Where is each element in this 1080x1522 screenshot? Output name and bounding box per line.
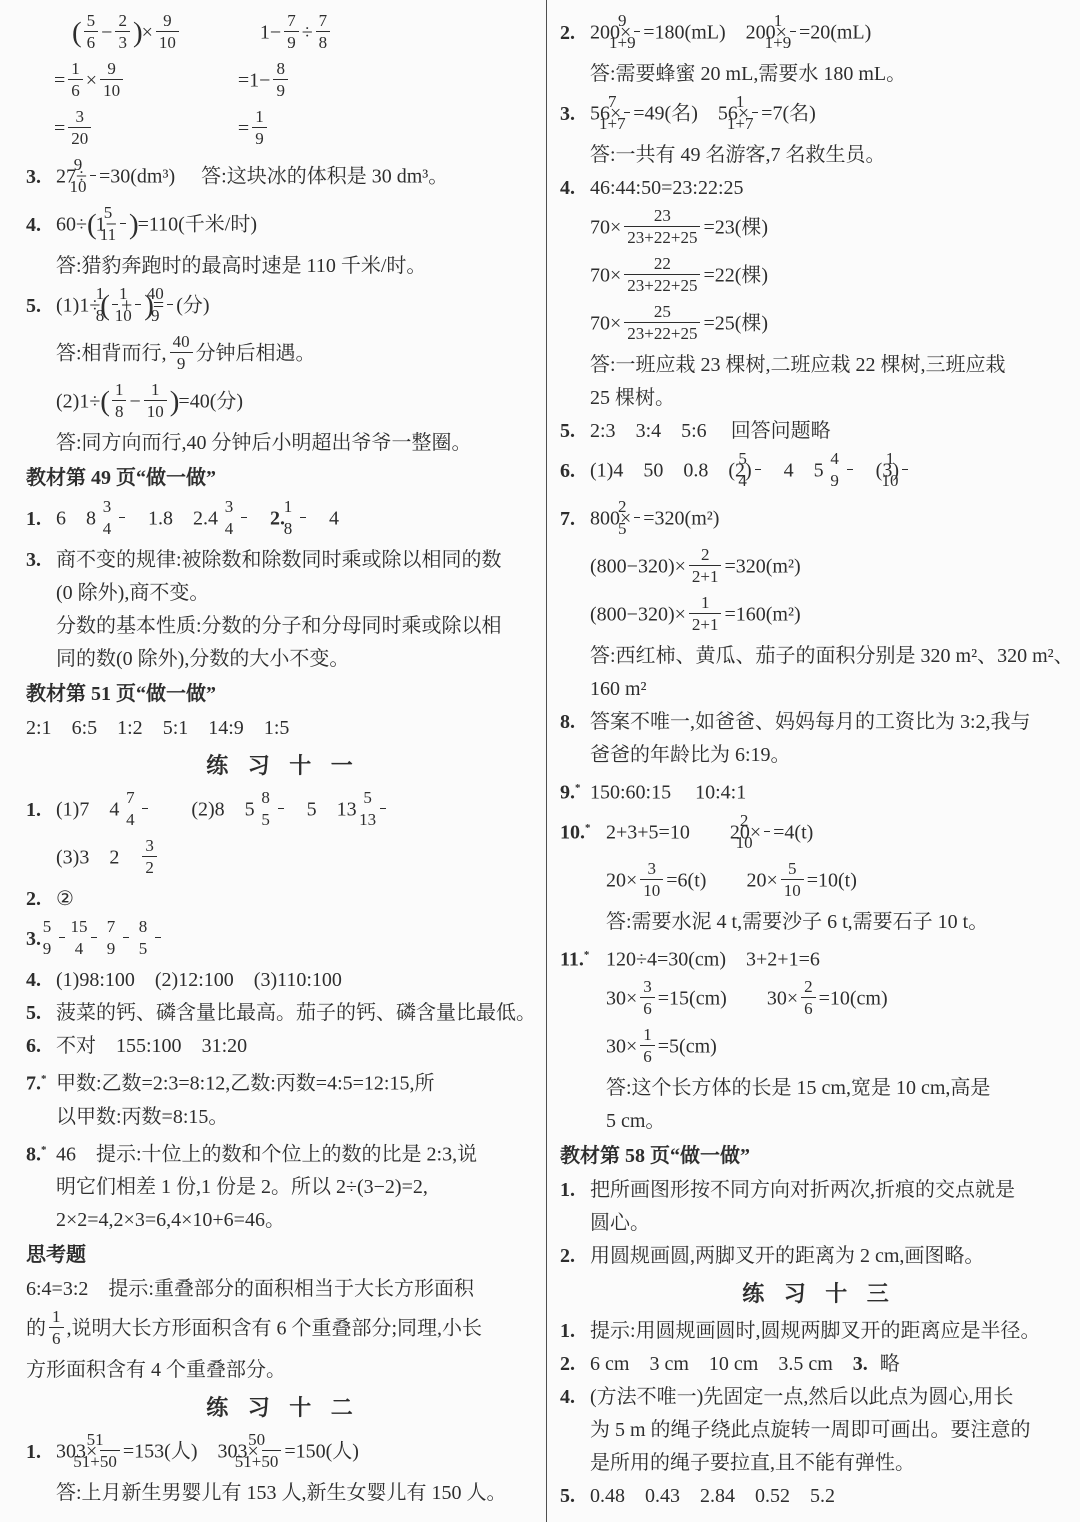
text-run: ÷: [302, 22, 313, 44]
text-run: 5:1: [163, 717, 189, 739]
fraction-numerator: 1: [752, 92, 758, 112]
text-run: 为 5 m 的绳子绕此点旋转一周即可画出。要注意的: [590, 1419, 1031, 1441]
fraction-denominator: 9: [252, 127, 267, 149]
content-line: 方形面积含有 4 个重叠部分。: [26, 1354, 540, 1387]
fraction-denominator: 9: [170, 352, 193, 374]
fraction: 2323+22+25: [624, 206, 700, 248]
fraction-numerator: 8: [155, 917, 161, 937]
text-run: 70×: [590, 265, 621, 287]
text-run: 70×: [590, 313, 621, 335]
fraction-numerator: 2: [689, 545, 722, 565]
text-run: 150:60:15: [590, 782, 671, 804]
text-run: =110(千米/时): [138, 214, 257, 236]
fraction-denominator: 10: [902, 469, 908, 491]
text-run: 答:上月新生男婴儿有 153 人,新生女婴儿有 150 人。: [56, 1482, 507, 1504]
fraction-numerator: 50: [262, 1430, 282, 1450]
item-number: 1.: [26, 1436, 56, 1469]
answer-item: 2.②: [26, 883, 540, 916]
text-run: 0.43: [645, 1485, 680, 1507]
answer-item: 2.用圆规画圆,两脚叉开的距离为 2 cm,画图略。: [560, 1240, 1078, 1273]
text-run: 是所用的绳子要拉直,且不能有弹性。: [590, 1452, 915, 1474]
text-run: (1)7: [56, 799, 89, 821]
text-run: =15(cm): [658, 988, 727, 1010]
content-line: =16×910: [54, 58, 182, 106]
content-line: 8.*46提示:十位上的数和个位上的数的比是 2:3,说: [56, 1134, 540, 1172]
content-line: 以甲数:丙数=8:15。: [56, 1101, 540, 1134]
text-run: 2.84: [700, 1485, 735, 1507]
text-run: 不对: [56, 1035, 96, 1057]
text-run: 用圆规画圆,两脚叉开的距离为 2 cm,画图略。: [590, 1245, 984, 1267]
fraction: 513: [380, 788, 386, 830]
item-number: 4.: [560, 172, 590, 205]
text-run: 爸爸的年龄比为 6:19。: [590, 744, 791, 766]
answer-item: 7.800×25=320(m²)(800−320)×22+1=320(m²)(8…: [560, 496, 1078, 706]
fraction: 210: [764, 811, 770, 853]
fraction-denominator: 9: [59, 937, 65, 959]
text-run: 圆心。: [590, 1212, 650, 1234]
text-run: 13: [337, 799, 357, 821]
fraction-denominator: 23+22+25: [624, 274, 700, 296]
content-line: 答:需要水泥 4 t,需要沙子 6 t,需要石子 10 t。: [606, 906, 1078, 939]
fraction-numerator: 9: [156, 11, 179, 31]
fraction: 16: [68, 59, 83, 101]
fraction-denominator: 1+9: [634, 31, 640, 53]
answer-item: 3.商不变的规律:被除数和除数同时乘或除以相同的数(0 除外),商不变。分数的基…: [26, 544, 540, 676]
fraction-numerator: 4: [847, 449, 853, 469]
text-run: 1:5: [264, 717, 290, 739]
fraction-numerator: 5: [781, 859, 804, 879]
fraction-numerator: 23: [624, 206, 700, 226]
content-line: =1−89: [238, 58, 333, 106]
fraction-numerator: 1: [902, 449, 908, 469]
answer-item: 11.*120÷4=30(cm)3+2+1=630×36=15(cm)30×26…: [560, 939, 1078, 1139]
fraction-denominator: 9: [123, 937, 129, 959]
fraction-numerator: 9: [90, 155, 96, 175]
text-run: 6 cm: [590, 1353, 629, 1375]
text-run: 30×: [767, 988, 798, 1010]
text-run: 31:20: [202, 1035, 248, 1057]
fraction: 511: [120, 203, 126, 245]
answer-item: 5.0.480.432.840.525.2: [560, 1480, 1078, 1513]
fraction-denominator: 8: [316, 31, 331, 53]
text-run: (1)98:100: [56, 969, 135, 991]
fraction-numerator: 51: [100, 1430, 120, 1450]
text-run: 5 cm。: [606, 1110, 665, 1132]
fraction-denominator: 3: [115, 31, 130, 53]
text-run: 3+2+1=6: [746, 948, 820, 970]
text-run: 2:3: [590, 420, 616, 442]
content-line: (56−23)×910: [54, 10, 182, 58]
text-run: =10(cm): [819, 988, 888, 1010]
text-run: 10 cm: [709, 1353, 758, 1375]
fraction-numerator: 1: [135, 284, 141, 304]
fraction-denominator: 23+22+25: [624, 226, 700, 248]
content-line: 3.591547985: [56, 916, 540, 964]
text-run: =4(t): [773, 821, 813, 843]
text-run: (方法不唯一)先固定一点,然后以此点为圆心,用长: [590, 1386, 1013, 1408]
text-run: (3)3: [56, 847, 89, 869]
fraction-denominator: 4: [241, 517, 247, 539]
text-run: 6:5: [72, 717, 98, 739]
fraction-numerator: 1: [689, 593, 722, 613]
text-block: 6:4=3:2提示:重叠部分的面积相当于大长方形面积的16,说明大长方形面积含有…: [26, 1273, 540, 1387]
fraction-denominator: 6: [49, 1327, 64, 1349]
content-line: 70×2223+22+25=22(棵): [590, 253, 1078, 301]
text-run: 答案不唯一,如爸爸、妈妈每月的工资比为 3:2,我与: [590, 711, 1031, 733]
fraction-numerator: 5: [755, 449, 761, 469]
fraction: 85: [278, 788, 284, 830]
text-run: 5: [307, 799, 317, 821]
text-run: 3 cm: [649, 1353, 688, 1375]
content-line: 2.用圆规画圆,两脚叉开的距离为 2 cm,画图略。: [590, 1240, 1078, 1273]
text-run: =23(棵): [703, 217, 768, 239]
fraction: 510: [781, 859, 804, 901]
derivation-columns: (56−23)×910=16×910=3201−79÷78=1−89=19: [26, 10, 540, 154]
fraction: 154: [91, 917, 97, 959]
text-run: 甲数:乙数=2:3=8:12,乙数:丙数=4:5=12:15,所: [56, 1073, 434, 1095]
answer-item: 1.303×5151+50=153(人)303×5051+50=150(人)答:…: [26, 1429, 540, 1510]
text-run: 商不变的规律:被除数和除数同时乘或除以相同的数: [56, 549, 502, 571]
fraction: 91+9: [634, 11, 640, 53]
content-line: 2×2=4,2×3=6,4×10+6=46。: [56, 1204, 540, 1237]
answer-item: 6.(1)4500.8(2)544549(3)110: [560, 448, 1078, 496]
text-run: =7(名): [761, 103, 816, 125]
content-line: 20×310=6(t)20×510=10(t): [606, 858, 1078, 906]
fraction-numerator: 2: [801, 977, 816, 997]
content-line: 1−79÷78: [238, 10, 333, 58]
text-run: (800−320)×: [590, 604, 686, 626]
text-run: 0.8: [683, 460, 708, 482]
section-heading: 思考题: [26, 1237, 540, 1273]
text-run: 1−: [260, 22, 281, 44]
content-line: 是所用的绳子要拉直,且不能有弹性。: [590, 1447, 1078, 1480]
big-paren: (: [87, 209, 96, 241]
item-number: 1.: [560, 1315, 590, 1348]
text-run: 8: [86, 508, 96, 530]
fraction-denominator: 6: [68, 79, 83, 101]
text-run: 3:4: [636, 420, 662, 442]
big-paren: ): [129, 209, 138, 241]
text-run: 1.8: [148, 508, 173, 530]
item-number: 5.: [560, 415, 590, 448]
content-line: 1.(1)7474(2)8585513513: [56, 787, 540, 835]
text-run: =22(棵): [703, 265, 768, 287]
fraction-denominator: 9: [847, 469, 853, 491]
text-run: −: [101, 22, 112, 44]
fraction: 79: [123, 917, 129, 959]
fraction-numerator: 1: [144, 380, 167, 400]
content-line: 3.56×71+7=49(名)56×11+7=7(名): [590, 91, 1078, 139]
fraction-denominator: 9: [167, 304, 173, 326]
answer-item: 5.2:33:45:6回答问题略: [560, 415, 1078, 448]
fraction: 25: [634, 497, 640, 539]
text-run: =153(人): [123, 1441, 198, 1463]
item-number: 1.: [26, 503, 56, 536]
text-run: 2.: [270, 508, 285, 530]
content-line: 1.把所画图形按不同方向对折两次,折痕的交点就是: [590, 1174, 1078, 1207]
content-line: 答:同方向而行,40 分钟后小明超出爷爷一整圈。: [56, 427, 540, 460]
text-run: 回答问题略: [731, 420, 831, 442]
text-run: 2+3+5=10: [606, 821, 690, 843]
content-line: 7.800×25=320(m²): [590, 496, 1078, 544]
fraction: 12+1: [689, 593, 722, 635]
text-run: 4: [109, 799, 119, 821]
item-number: 4.: [26, 964, 56, 997]
text-run: 答:一班应栽 23 棵树,二班应栽 22 棵树,三班应栽: [590, 354, 1006, 376]
fraction: 23: [115, 11, 130, 53]
content-line: 爸爸的年龄比为 6:19。: [590, 739, 1078, 772]
answer-item: 1.把所画图形按不同方向对折两次,折痕的交点就是圆心。: [560, 1174, 1078, 1240]
fraction-denominator: 9: [273, 79, 288, 101]
fraction: 910: [100, 59, 123, 101]
text-run: 略: [880, 1353, 900, 1375]
item-number: 2.: [26, 883, 56, 916]
content-line: 1.68341.82.4342.184: [56, 496, 540, 544]
text-run: 把所画图形按不同方向对折两次,折痕的交点就是: [590, 1179, 1015, 1201]
text-run: =20(mL): [799, 22, 871, 44]
text-run: (3)110:100: [254, 969, 342, 991]
fraction-denominator: 5: [155, 937, 161, 959]
content-line: 分数的基本性质:分数的分子和分母同时乘或除以相: [56, 610, 540, 643]
column-left: (56−23)×910=16×910=3201−79÷78=1−89=193.2…: [0, 0, 546, 1522]
fraction: 19: [252, 107, 267, 149]
item-number: 2.: [560, 1348, 590, 1381]
content-line: 5.2:33:45:6回答问题略: [590, 415, 1078, 448]
text-run: (2)8: [191, 799, 224, 821]
content-line: 5.(1)1÷(18+110)=409(分): [56, 283, 540, 331]
fraction-numerator: 5: [120, 203, 126, 223]
fraction-numerator: 7: [316, 11, 331, 31]
fraction-numerator: 3: [119, 497, 125, 517]
fraction: 32: [142, 836, 157, 878]
fraction-numerator: 25: [624, 302, 700, 322]
content-line: 的16,说明大长方形面积含有 6 个重叠部分;同理,小长: [26, 1306, 540, 1354]
content-line: 答:西红柿、黄瓜、茄子的面积分别是 320 m²、320 m²、: [590, 640, 1078, 673]
content-line: =19: [238, 106, 333, 154]
answer-item: 1.提示:用圆规画圆时,圆规两脚叉开的距离应是半径。: [560, 1315, 1078, 1348]
section-heading: 教材第 58 页“做一做”: [560, 1138, 1078, 1174]
item-number: 6.: [26, 1030, 56, 1063]
item-number: 2.: [560, 1240, 590, 1273]
fraction-denominator: 2+1: [689, 613, 722, 635]
fraction-numerator: 1: [252, 107, 267, 127]
text-run: 答:这个长方体的长是 15 cm,宽是 10 cm,高是: [606, 1077, 990, 1099]
item-number: 5.: [560, 1480, 590, 1513]
text-run: =30(dm³): [99, 166, 175, 188]
column-right: 2.200×91+9=180(mL)200×11+9=20(mL)答:需要蜂蜜 …: [546, 0, 1080, 1522]
text-run: (2)1÷: [56, 391, 100, 413]
fraction-numerator: 1: [68, 59, 83, 79]
item-number: 7.*: [26, 1063, 56, 1101]
text-run: 20×: [746, 869, 777, 891]
text-run: 2×2=4,2×3=6,4×10+6=46。: [56, 1209, 285, 1231]
fraction-numerator: 7: [284, 11, 299, 31]
text-run: 5:6: [681, 420, 707, 442]
text-run: 1:2: [117, 717, 143, 739]
content-line: 答:一班应栽 23 棵树,二班应栽 22 棵树,三班应栽: [590, 349, 1078, 382]
content-line: (2)1÷(18−110)=40(分): [56, 379, 540, 427]
fraction: 409: [170, 332, 193, 374]
answer-item: 5.菠菜的钙、磷含量比最高。茄子的钙、磷含量比最低。: [26, 997, 540, 1030]
content-line: 3.27÷910=30(dm³)答:这块冰的体积是 30 dm³。: [56, 154, 540, 202]
text-run: 4: [784, 460, 794, 482]
fraction-numerator: 40: [167, 284, 173, 304]
content-line: 为 5 m 的绳子绕此点旋转一周即可画出。要注意的: [590, 1414, 1078, 1447]
content-line: 4.(1)98:100(2)12:100(3)110:100: [56, 964, 540, 997]
text-run: =25(棵): [703, 313, 768, 335]
content-line: 30×16=5(cm): [606, 1024, 1078, 1072]
text-run: (800−320)×: [590, 556, 686, 578]
text-run: 答:西红柿、黄瓜、茄子的面积分别是 320 m²、320 m²、: [590, 645, 1074, 667]
item-number: 1.: [560, 1174, 590, 1207]
item-number: 3.: [26, 923, 56, 956]
answer-item: 8.*46提示:十位上的数和个位上的数的比是 2:3,说明它们相差 1 份,1 …: [26, 1134, 540, 1238]
fraction: 18: [300, 497, 306, 539]
fraction-denominator: 1+7: [752, 112, 758, 134]
answer-item: 1.(1)7474(2)8585513513(3)3232: [26, 787, 540, 883]
text-run: =40(分): [178, 391, 243, 413]
text-run: =: [238, 118, 249, 140]
fraction-numerator: 9: [100, 59, 123, 79]
fraction-denominator: 10: [764, 831, 770, 853]
answer-item: 2.6 cm3 cm10 cm3.5 cm3.略: [560, 1348, 1078, 1381]
text-run: 答:需要蜂蜜 20 mL,需要水 180 mL。: [590, 63, 906, 85]
fraction: 54: [755, 449, 761, 491]
content-line: 30×36=15(cm)30×26=10(cm): [606, 976, 1078, 1024]
text-run: 0.52: [755, 1485, 790, 1507]
text-run: 60÷: [56, 214, 87, 236]
fraction-numerator: 1: [112, 284, 118, 304]
text-run: 提示:重叠部分的面积相当于大长方形面积: [108, 1278, 474, 1300]
fraction-denominator: 10: [781, 879, 804, 901]
fraction: 11+9: [790, 11, 796, 53]
fraction: 85: [155, 917, 161, 959]
fraction-denominator: 4: [142, 808, 148, 830]
text-run: =1−: [238, 70, 271, 92]
text-run: =49(名): [633, 103, 698, 125]
content-line: 答:猎豹奔跑时的最高时速是 110 千米/时。: [56, 250, 540, 283]
fraction-denominator: 10: [156, 31, 179, 53]
item-number: 7.: [560, 503, 590, 536]
content-line: 答:相背而行,409分钟后相遇。: [56, 331, 540, 379]
item-number: 4.: [26, 209, 56, 242]
item-number: 5.: [26, 997, 56, 1030]
fraction-numerator: 9: [634, 11, 640, 31]
item-number: 3.: [560, 98, 590, 131]
content-line: (800−320)×12+1=160(m²): [590, 592, 1078, 640]
text-run: 答:同方向而行,40 分钟后小明超出爷爷一整圈。: [56, 432, 472, 454]
answer-item: 3.591547985: [26, 916, 540, 964]
content-line: 6.(1)4500.8(2)544549(3)110: [590, 448, 1078, 496]
content-line: 答:上月新生男婴儿有 153 人,新生女婴儿有 150 人。: [56, 1477, 540, 1510]
fraction-denominator: 4: [755, 469, 761, 491]
fraction-denominator: 10: [135, 304, 141, 326]
text-run: 70×: [590, 217, 621, 239]
fraction: 56: [84, 11, 99, 53]
fraction-denominator: 6: [84, 31, 99, 53]
content-line: 2.200×91+9=180(mL)200×11+9=20(mL): [590, 10, 1078, 58]
fraction-numerator: 1: [300, 497, 306, 517]
text-run: =320(m²): [643, 508, 719, 530]
text-run: =: [54, 70, 65, 92]
fraction-numerator: 2: [764, 811, 770, 831]
item-number: 9.*: [560, 772, 590, 810]
fraction: 34: [119, 497, 125, 539]
text-run: 30×: [606, 1036, 637, 1058]
text-run: 同的数(0 除外),分数的大小不变。: [56, 648, 349, 670]
fraction: 910: [90, 155, 96, 197]
fraction-numerator: 1: [112, 380, 127, 400]
fraction-denominator: 1+9: [790, 31, 796, 53]
item-number: 3.: [26, 544, 56, 577]
text-run: 30×: [606, 988, 637, 1010]
text-run: ②: [56, 888, 74, 910]
text-run: 120÷4=30(cm): [606, 948, 726, 970]
fraction-denominator: 51+50: [100, 1450, 120, 1472]
fraction-denominator: 20: [68, 127, 91, 149]
text-run: =180(mL): [643, 22, 725, 44]
item-number: 4.: [560, 1381, 590, 1414]
fraction-numerator: 15: [91, 917, 97, 937]
fraction-denominator: 5: [634, 517, 640, 539]
fraction-denominator: 13: [380, 808, 386, 830]
content-line: 70×2323+22+25=23(棵): [590, 205, 1078, 253]
content-line: 7.*甲数:乙数=2:3=8:12,乙数:丙数=4:5=12:15,所: [56, 1063, 540, 1101]
fraction: 22+1: [689, 545, 722, 587]
fraction-denominator: 9: [284, 31, 299, 53]
content-line: 25 棵树。: [590, 382, 1078, 415]
answer-book-page: (56−23)×910=16×910=3201−79÷78=1−89=193.2…: [0, 0, 1080, 1522]
fraction: 78: [316, 11, 331, 53]
text-run: 25 棵树。: [590, 387, 675, 409]
text-run: 答:猎豹奔跑时的最高时速是 110 千米/时。: [56, 255, 426, 277]
content-line: 9.*150:60:1510:4:1: [590, 772, 1078, 810]
fraction-denominator: 6: [801, 997, 816, 1019]
fraction: 16: [640, 1025, 655, 1067]
fraction-denominator: 1+7: [624, 112, 630, 134]
answer-item: 4.(方法不唯一)先固定一点,然后以此点为圆心,用长为 5 m 的绳子绕此点旋转…: [560, 1381, 1078, 1480]
answer-item: 4.(1)98:100(2)12:100(3)110:100: [26, 964, 540, 997]
fraction-denominator: 10: [100, 79, 123, 101]
text-run: =10(t): [807, 869, 857, 891]
fraction: 79: [284, 11, 299, 53]
big-paren: (: [72, 17, 81, 49]
fraction-denominator: 8: [112, 400, 127, 422]
text-run: 以甲数:丙数=8:15。: [56, 1106, 228, 1128]
fraction-denominator: 10: [144, 400, 167, 422]
text-run: (0 除外),商不变。: [56, 582, 209, 604]
fraction-numerator: 3: [241, 497, 247, 517]
text-run: 46: [56, 1143, 76, 1165]
content-line: 70×2523+22+25=25(棵): [590, 301, 1078, 349]
item-number: 1.: [26, 794, 56, 827]
answer-item: 8.答案不唯一,如爸爸、妈妈每月的工资比为 3:2,我与爸爸的年龄比为 6:19…: [560, 706, 1078, 772]
fraction: 89: [273, 59, 288, 101]
text-run: 20×: [606, 869, 637, 891]
fraction-numerator: 3: [640, 977, 655, 997]
exercise-title: 练 习 十 一: [26, 745, 540, 787]
big-paren: ): [133, 17, 142, 49]
fraction-numerator: 7: [142, 788, 148, 808]
text-run: 分数的基本性质:分数的分子和分母同时乘或除以相: [56, 615, 502, 637]
derivation-column: 1−79÷78=1−89=19: [238, 10, 333, 154]
text-block: 2:16:51:25:114:91:5: [26, 712, 540, 745]
text-run: 提示:十位上的数和个位上的数的比是 2:3,说: [96, 1143, 477, 1165]
fraction-numerator: 3: [640, 859, 663, 879]
fraction: 11+7: [752, 92, 758, 134]
fraction-numerator: 8: [278, 788, 284, 808]
fraction-denominator: 51+50: [262, 1450, 282, 1472]
